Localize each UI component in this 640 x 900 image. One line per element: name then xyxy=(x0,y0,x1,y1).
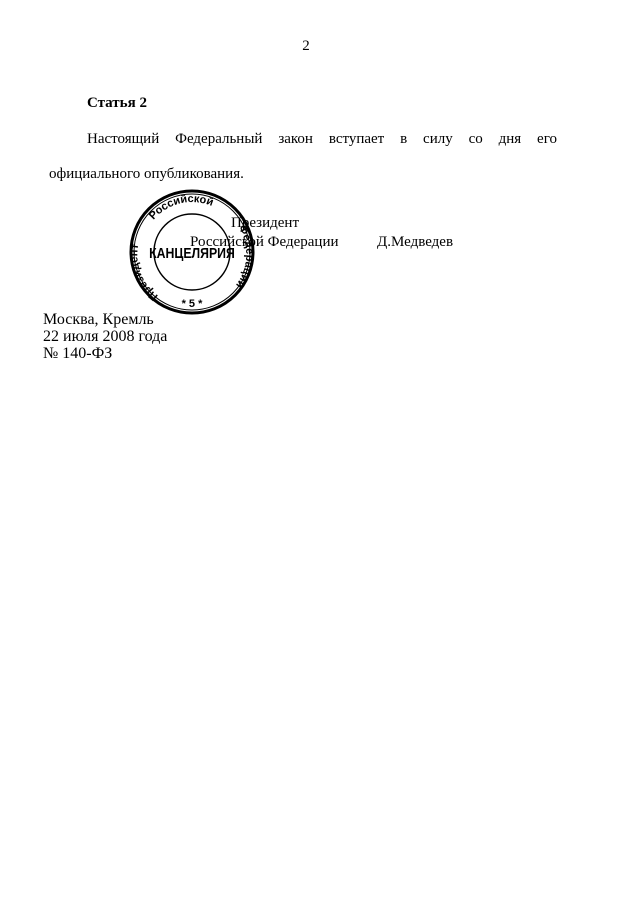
signatory-title-line-1: Президент xyxy=(231,215,299,232)
svg-text:* 5 *: * 5 * xyxy=(182,298,204,310)
signatory-title-line-2: Российской Федерации xyxy=(190,234,339,251)
signatory-name: Д.Медведев xyxy=(377,234,453,251)
svg-text:Российской: Российской xyxy=(147,193,215,222)
law-number: № 140-ФЗ xyxy=(43,345,112,363)
signing-date: 22 июля 2008 года xyxy=(43,328,167,346)
page-number: 2 xyxy=(0,38,612,55)
article-text-line-2: официального опубликования. xyxy=(49,166,244,183)
article-text-line-1: Настоящий Федеральный закон вступает в с… xyxy=(87,131,557,148)
seal-icon: Российской Президент Федерации * 5 * КАН… xyxy=(128,188,256,316)
signing-place: Москва, Кремль xyxy=(43,311,154,329)
official-seal-stamp: Российской Президент Федерации * 5 * КАН… xyxy=(128,188,256,316)
article-title: Статья 2 xyxy=(87,95,147,112)
